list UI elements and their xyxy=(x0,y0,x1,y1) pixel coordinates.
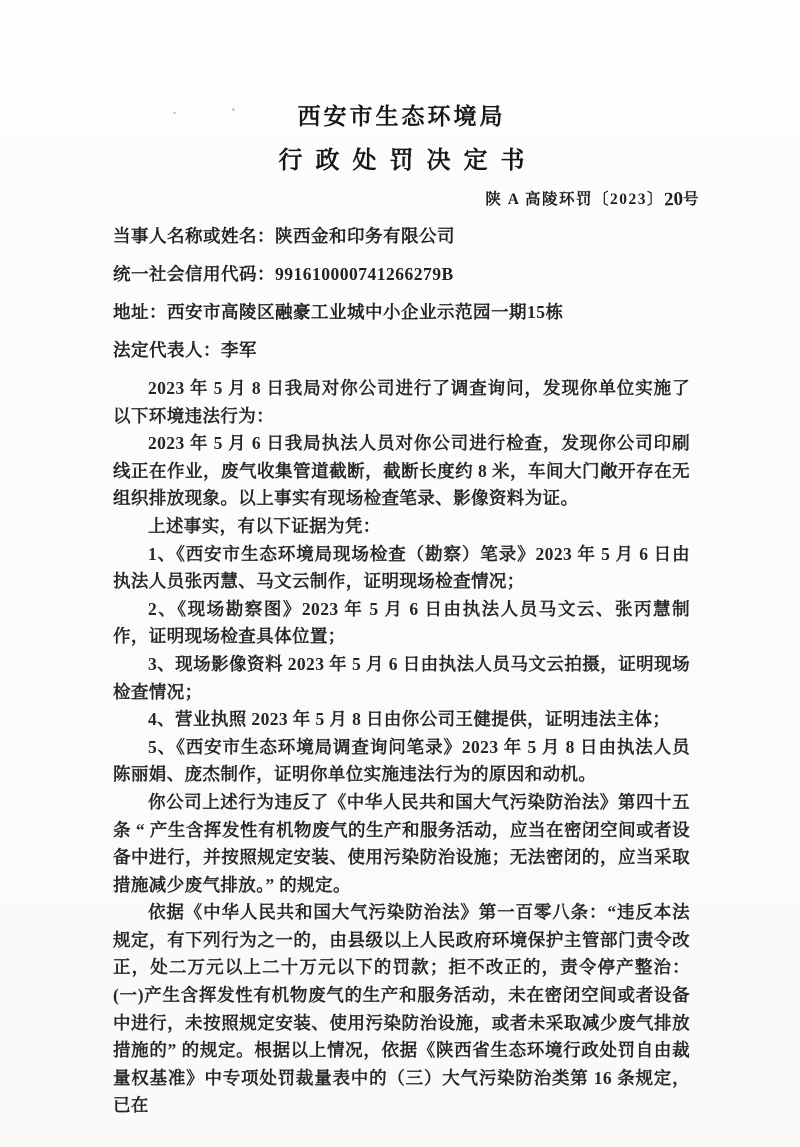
legal-representative-label: 法定代表人： xyxy=(113,340,221,360)
document-number-prefix: 陕 A 高陵环罚〔2023〕 xyxy=(485,191,664,208)
party-name-label: 当事人名称或姓名： xyxy=(113,226,275,246)
evidence-item-3: 3、现场影像资料 2023 年 5 月 6 日由执法人员马文云拍摄，证明现场检查… xyxy=(113,651,690,706)
evidence-item-2: 2、《现场勘察图》2023 年 5 月 6 日由执法人员马文云、张丙慧制作，证明… xyxy=(113,596,690,651)
legal-representative-value: 李军 xyxy=(221,340,257,360)
document-body: 2023 年 5 月 8 日我局对你公司进行了调查询问，发现你单位实施了以下环境… xyxy=(113,375,690,1120)
address-line: 地址：西安市高陵区融豪工业城中小企业示范园一期15栋 xyxy=(113,299,690,326)
evidence-item-1: 1、《西安市生态环境局现场检查（勘察）笔录》2023 年 5 月 6 日由执法人… xyxy=(113,541,690,596)
credit-code-line: 统一社会信用代码：991610000741266279B xyxy=(113,261,690,288)
document-number-handwritten: 20 xyxy=(663,189,683,212)
document-number-suffix: 号 xyxy=(683,191,700,208)
address-label: 地址： xyxy=(113,302,167,322)
document-number: 陕 A 高陵环罚〔2023〕20号 xyxy=(113,187,700,210)
para-violation-law: 你公司上述行为违反了《中华人民共和国大气污染防治法》第四十五条 “ 产生含挥发性… xyxy=(113,789,690,899)
para-penalty-basis: 依据《中华人民共和国大气污染防治法》第一百零八条：“违反本法规定，有下列行为之一… xyxy=(113,899,690,1120)
legal-representative-line: 法定代表人：李军 xyxy=(113,337,690,364)
evidence-item-5: 5、《西安市生态环境局调查询问笔录》2023 年 5 月 8 日由执法人员陈丽娟… xyxy=(113,734,690,789)
scanned-document-page: 西安市生态环境局 行政处罚决定书 陕 A 高陵环罚〔2023〕20号 当事人名称… xyxy=(0,0,800,1147)
agency-title: 西安市生态环境局 xyxy=(113,98,690,131)
para-evidence-intro: 上述事实，有以下证据为凭： xyxy=(113,513,690,541)
credit-code-label: 统一社会信用代码： xyxy=(113,264,275,284)
party-name-value: 陕西金和印务有限公司 xyxy=(275,226,455,246)
scan-speck xyxy=(232,108,235,111)
credit-code-value: 991610000741266279B xyxy=(275,264,454,284)
document-type-title: 行政处罚决定书 xyxy=(113,140,690,175)
evidence-item-4: 4、营业执照 2023 年 5 月 8 日由你公司王健提供，证明违法主体； xyxy=(113,706,690,734)
para-inspection-findings: 2023 年 5 月 6 日我局执法人员对你公司进行检查，发现你公司印刷线正在作… xyxy=(113,430,690,513)
para-investigation-intro: 2023 年 5 月 8 日我局对你公司进行了调查询问，发现你单位实施了以下环境… xyxy=(113,375,690,430)
address-value: 西安市高陵区融豪工业城中小企业示范园一期15栋 xyxy=(167,302,564,322)
party-info-block: 当事人名称或姓名：陕西金和印务有限公司 统一社会信用代码：99161000074… xyxy=(113,223,690,364)
party-name-line: 当事人名称或姓名：陕西金和印务有限公司 xyxy=(113,223,690,250)
scan-speck xyxy=(173,112,176,114)
